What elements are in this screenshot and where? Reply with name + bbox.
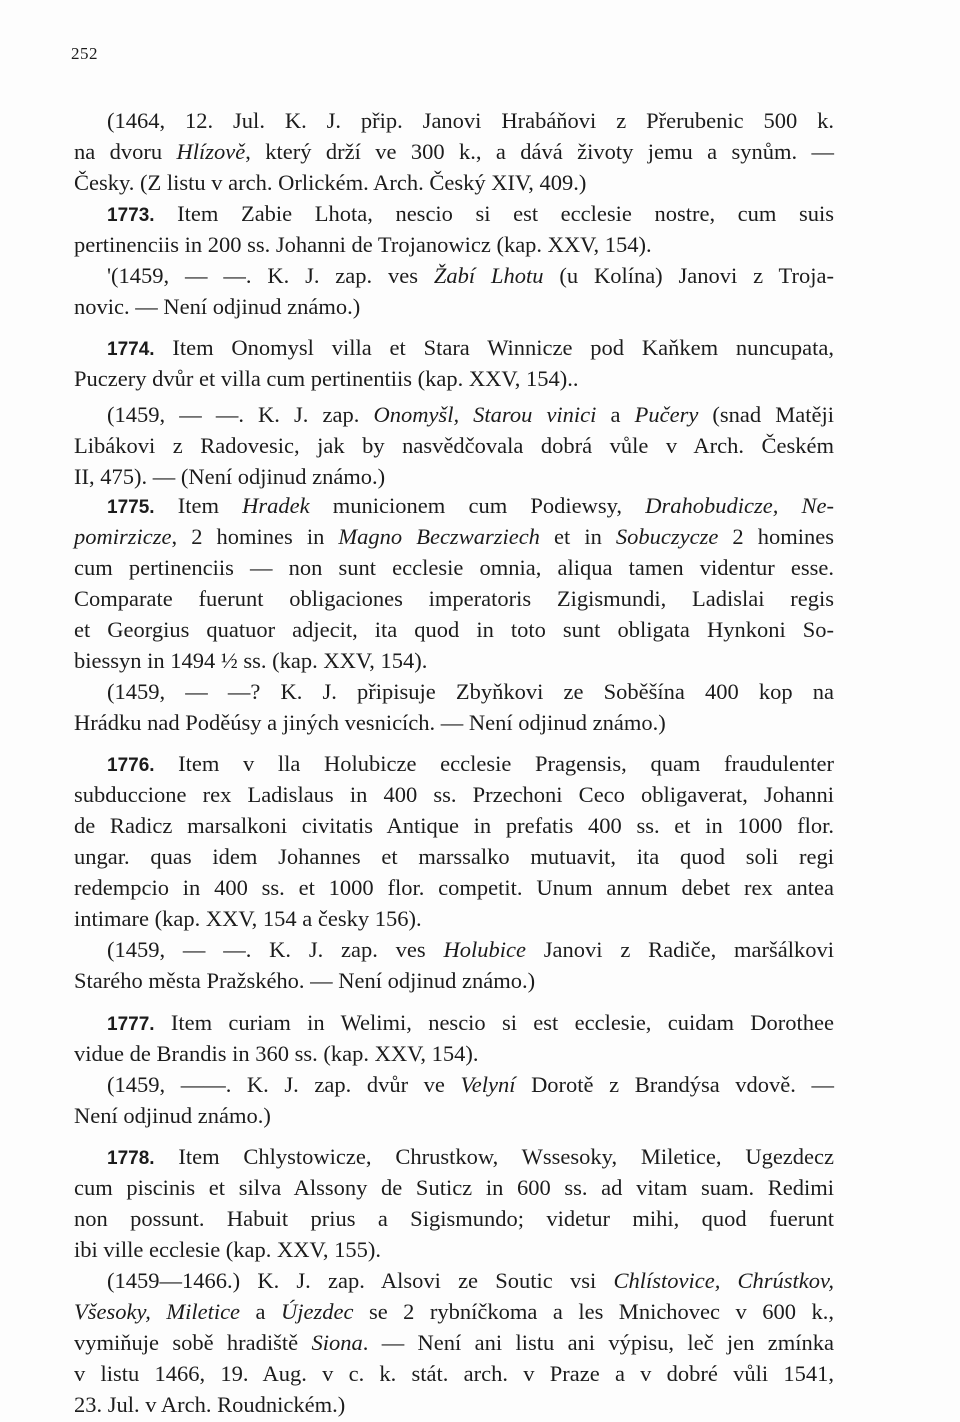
text-segment: Není odjinud známo.) [74, 1103, 271, 1128]
text-segment: v listu 1466, 19. Aug. v c. k. stát. arc… [74, 1361, 834, 1386]
text-segment: a [240, 1299, 281, 1324]
text-line: Česky. (Z listu v arch. Orlickém. Arch. … [74, 168, 834, 198]
text-segment: Libákovi z Radovesic, jak by nasvědčoval… [74, 433, 834, 458]
text-line: (1459, — —? K. J. připisuje Zbyňkovi ze … [107, 677, 834, 707]
text-line: Hrádku nad Poděúsy a jiných vesnicích. —… [74, 708, 834, 738]
text-line: 23. Jul. v Arch. Roudnickém.) [74, 1390, 834, 1420]
italic-text: Holubice [443, 937, 525, 962]
text-segment: Item Zabie Lhota, nescio si est ecclesie… [155, 201, 834, 226]
text-segment: Item Chlystowicze, Chrustkow, Wssesoky, … [155, 1144, 834, 1169]
text-line: de Radicz marsalkoni civitatis Antique i… [74, 811, 834, 841]
text-line: vidue de Brandis in 360 ss. (kap. XXV, 1… [74, 1039, 834, 1069]
text-segment: non possunt. Habuit prius a Sigismundo; … [74, 1206, 834, 1231]
text-segment: . — Není ani listu ani výpisu, leč jen z… [363, 1330, 834, 1355]
italic-text: Sobuczycze [616, 524, 718, 549]
text-line: subduccione rex Ladislaus in 400 ss. Prz… [74, 780, 834, 810]
text-segment: Janovi z Radiče, maršálkovi [526, 937, 834, 962]
page-number: 252 [71, 44, 98, 64]
text-segment: 2 homines [718, 524, 834, 549]
text-segment: Česky. (Z listu v arch. Orlickém. Arch. … [74, 170, 586, 195]
text-line: pomirzicze, 2 homines in Magno Beczwarzi… [74, 522, 834, 552]
entry-number: 1775. [107, 497, 155, 518]
italic-text: Pučery [635, 402, 699, 427]
text-line: vymiňuje sobě hradiště Siona. — Není ani… [74, 1328, 834, 1358]
text-segment: pertinenciis in 200 ss. Johanni de Troja… [74, 232, 652, 257]
text-segment: vymiňuje sobě hradiště [74, 1330, 311, 1355]
text-segment: biessyn in 1494 ½ ss. (kap. XXV, 154). [74, 648, 427, 673]
italic-text: Onomyšl, Starou vinici [373, 402, 596, 427]
text-line: Puczery dvůr et villa cum pertinentiis (… [74, 364, 834, 394]
text-segment: se 2 rybníčkoma a les Mnichovec v 600 k.… [353, 1299, 834, 1324]
text-segment: , 2 homines in [172, 524, 339, 549]
entry-number: 1776. [107, 755, 155, 776]
text-segment: (1464, 12. Jul. K. J. přip. Janovi Hrabá… [107, 108, 834, 133]
text-segment: (u Kolína) Janovi z Troja- [544, 263, 834, 288]
text-line: (1459, — —. K. J. zap. ves Holubice Jano… [107, 935, 834, 965]
text-segment: cum piscinis et silva Alssony de Suticz … [74, 1175, 834, 1200]
italic-text: Hradek [242, 493, 309, 518]
italic-text: Všesoky, Miletice [74, 1299, 240, 1324]
text-line: non possunt. Habuit prius a Sigismundo; … [74, 1204, 834, 1234]
entry-number: 1773. [107, 205, 155, 226]
text-line: (1459, — —. K. J. zap. Onomyšl, Starou v… [107, 400, 834, 430]
text-segment: ibi ville ecclesie (kap. XXV, 155). [74, 1237, 381, 1262]
text-segment: , který drží ve 300 k., a dává životy je… [245, 139, 834, 164]
text-line: pertinenciis in 200 ss. Johanni de Troja… [74, 230, 834, 260]
italic-text: Siona [311, 1330, 362, 1355]
text-segment: na dvoru [74, 139, 177, 164]
text-line: cum pertinenciis — non sunt ecclesie omn… [74, 553, 834, 583]
italic-text: Újezdec [281, 1299, 353, 1324]
text-line: 1774. Item Onomysl villa et Stara Winnic… [107, 333, 834, 365]
italic-text: Hlízově [177, 139, 246, 164]
text-segment: et in [540, 524, 616, 549]
italic-text: Velyní [460, 1072, 515, 1097]
text-segment: municionem cum Podiewsy, [310, 493, 646, 518]
text-segment: de Radicz marsalkoni civitatis Antique i… [74, 813, 834, 838]
text-segment: novic. — Není odjinud známo.) [74, 294, 360, 319]
text-line: Libákovi z Radovesic, jak by nasvědčoval… [74, 431, 834, 461]
text-line: novic. — Není odjinud známo.) [74, 292, 834, 322]
text-segment: (1459—1466.) K. J. zap. Alsovi ze Soutic… [107, 1268, 613, 1293]
text-line: Comparate fuerunt obligaciones imperator… [74, 584, 834, 614]
text-segment: cum pertinenciis — non sunt ecclesie omn… [74, 555, 834, 580]
text-line: '(1459, — —. K. J. zap. ves Žabí Lhotu (… [107, 261, 834, 291]
document-page: 252 (1464, 12. Jul. K. J. přip. Janovi H… [0, 0, 960, 1422]
text-segment: vidue de Brandis in 360 ss. (kap. XXV, 1… [74, 1041, 479, 1066]
text-segment: redempcio in 400 ss. et 1000 flor. compe… [74, 875, 834, 900]
text-segment: (1459, — —. K. J. zap. ves [107, 937, 443, 962]
italic-text: Drahobudicze, Ne- [645, 493, 834, 518]
text-segment: a [596, 402, 634, 427]
italic-text: pomirzicze [74, 524, 172, 549]
text-segment: Item Onomysl villa et Stara Winnicze pod… [155, 335, 834, 360]
text-line: Všesoky, Miletice a Újezdec se 2 rybníčk… [74, 1297, 834, 1327]
text-line: ibi ville ecclesie (kap. XXV, 155). [74, 1235, 834, 1265]
text-segment: '(1459, — —. K. J. zap. ves [107, 263, 434, 288]
entry-number: 1778. [107, 1148, 155, 1169]
entry-number: 1774. [107, 339, 155, 360]
text-line: (1464, 12. Jul. K. J. přip. Janovi Hrabá… [107, 106, 834, 136]
text-line: 1777. Item curiam in Welimi, nescio si e… [107, 1008, 834, 1040]
text-line: intimare (kap. XXV, 154 a česky 156). [74, 904, 834, 934]
text-segment: Dorotě z Brandýsa vdově. — [515, 1072, 834, 1097]
text-line: v listu 1466, 19. Aug. v c. k. stát. arc… [74, 1359, 834, 1389]
text-line: (1459, ——. K. J. zap. dvůr ve Velyní Dor… [107, 1070, 834, 1100]
text-line: 1776. Item v lla Holubicze ecclesie Prag… [107, 749, 834, 781]
text-line: 1775. Item Hradek municionem cum Podiews… [107, 491, 834, 523]
text-segment: ungar. quas idem Johannes et marssalko m… [74, 844, 834, 869]
text-segment: II, 475). — (Není odjinud známo.) [74, 464, 385, 489]
text-segment: (1459, — —. K. J. zap. [107, 402, 373, 427]
text-line: ungar. quas idem Johannes et marssalko m… [74, 842, 834, 872]
text-line: Není odjinud známo.) [74, 1101, 834, 1131]
text-segment: Item [155, 493, 243, 518]
text-segment: Comparate fuerunt obligaciones imperator… [74, 586, 834, 611]
text-segment: 23. Jul. v Arch. Roudnickém.) [74, 1392, 345, 1417]
entry-number: 1777. [107, 1014, 155, 1035]
italic-text: Magno Beczwarziech [338, 524, 540, 549]
text-line: redempcio in 400 ss. et 1000 flor. compe… [74, 873, 834, 903]
text-line: cum piscinis et silva Alssony de Suticz … [74, 1173, 834, 1203]
text-segment: Item v lla Holubicze ecclesie Pragensis,… [155, 751, 834, 776]
text-line: 1778. Item Chlystowicze, Chrustkow, Wsse… [107, 1142, 834, 1174]
text-segment: Item curiam in Welimi, nescio si est ecc… [155, 1010, 834, 1035]
text-segment: (snad Matěji [698, 402, 834, 427]
text-segment: (1459, — —? K. J. připisuje Zbyňkovi ze … [107, 679, 834, 704]
italic-text: Chlístovice, Chrústkov, [613, 1268, 834, 1293]
text-line: na dvoru Hlízově, který drží ve 300 k., … [74, 137, 834, 167]
text-line: II, 475). — (Není odjinud známo.) [74, 462, 834, 492]
text-segment: Puczery dvůr et villa cum pertinentiis (… [74, 366, 578, 391]
text-segment: intimare (kap. XXV, 154 a česky 156). [74, 906, 422, 931]
italic-text: Žabí Lhotu [434, 263, 544, 288]
text-segment: (1459, ——. K. J. zap. dvůr ve [107, 1072, 460, 1097]
text-line: 1773. Item Zabie Lhota, nescio si est ec… [107, 199, 834, 231]
text-line: (1459—1466.) K. J. zap. Alsovi ze Soutic… [107, 1266, 834, 1296]
text-segment: Starého města Pražského. — Není odjinud … [74, 968, 535, 993]
text-segment: subduccione rex Ladislaus in 400 ss. Prz… [74, 782, 834, 807]
text-segment: Hrádku nad Poděúsy a jiných vesnicích. —… [74, 710, 666, 735]
text-segment: et Georgius quatuor adjecit, ita quod in… [74, 617, 834, 642]
text-line: biessyn in 1494 ½ ss. (kap. XXV, 154). [74, 646, 834, 676]
text-line: Starého města Pražského. — Není odjinud … [74, 966, 834, 996]
text-line: et Georgius quatuor adjecit, ita quod in… [74, 615, 834, 645]
